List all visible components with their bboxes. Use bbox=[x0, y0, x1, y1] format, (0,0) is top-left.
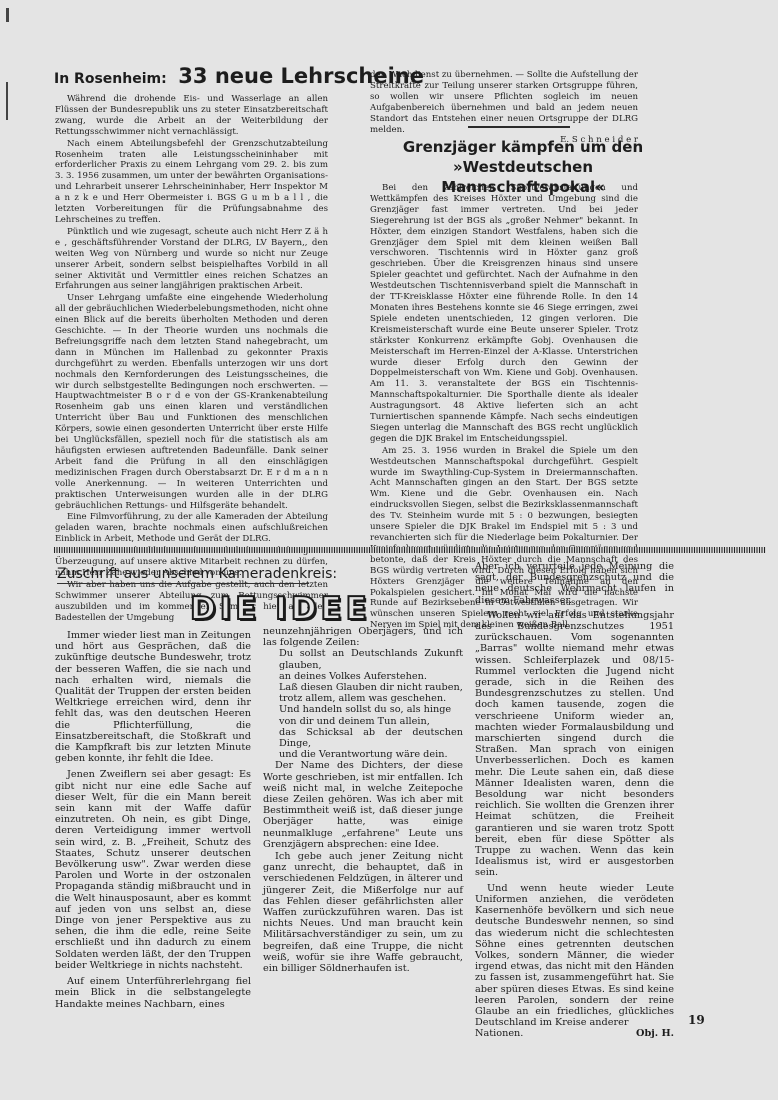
paragraph-end: Nationen. bbox=[475, 1028, 523, 1039]
paragraph: Pünktlich und wie zugesagt, scheute auch… bbox=[55, 227, 328, 292]
author-signature: Obj. H. bbox=[636, 1028, 674, 1039]
paragraph: Wollen wir auf das Entstehungsjahr des B… bbox=[475, 610, 674, 879]
headline-line: Grenzjäger kämpfen um den bbox=[392, 137, 654, 157]
article-idee-headline: DIE IDEE bbox=[190, 591, 371, 627]
poem-line: das Schicksal ab der deutschen Dinge, bbox=[279, 727, 463, 749]
poem-line: Du sollst an Deutschlands Zukunft glaube… bbox=[279, 648, 463, 670]
section-divider bbox=[54, 547, 766, 553]
page-number: 19 bbox=[688, 1013, 705, 1027]
divider-rule bbox=[468, 126, 570, 128]
poem-line: an deines Volkes Auferstehen. bbox=[279, 671, 463, 682]
paragraph: neunzehnjährigen Oberjägers, und ich las… bbox=[263, 626, 463, 648]
scan-edge-mark bbox=[6, 82, 8, 120]
poem-line: und die Verantwortung wäre dein. bbox=[279, 749, 463, 760]
scan-edge-mark bbox=[6, 8, 9, 22]
poem-line: Laß diesen Glauben dir nicht rauben, bbox=[279, 682, 463, 693]
headline-prefix: In Rosenheim: bbox=[54, 71, 167, 87]
newspaper-page: In Rosenheim: 33 neue Lehrscheine Währen… bbox=[0, 0, 778, 1100]
kicker-underline bbox=[57, 583, 309, 584]
paragraph: Eine Filmvorführung, zu der alle Kamerad… bbox=[55, 512, 328, 545]
paragraph: Unser Lehrgang umfaßte eine eingehende W… bbox=[55, 293, 328, 511]
kicker-heading: Zuschrift aus unserem Kameradenkreis: bbox=[57, 566, 337, 582]
paragraph: Jenen Zweiflern sei aber gesagt: Es gibt… bbox=[55, 769, 251, 971]
paragraph: Bei den zahlreichen Sportveranstaltungen… bbox=[370, 183, 638, 445]
poem: Du sollst an Deutschlands Zukunft glaube… bbox=[279, 648, 463, 760]
paragraph: Aber ich verurteile jede Meinung die sag… bbox=[475, 561, 674, 606]
article-idee-column-1: Immer wieder liest man in Zeitungen und … bbox=[55, 630, 251, 1010]
article-idee-column-3: Aber ich verurteile jede Meinung die sag… bbox=[475, 561, 674, 1040]
paragraph: Immer wieder liest man in Zeitungen und … bbox=[55, 630, 251, 764]
paragraph: Ich gebe auch jener Zeitung nicht ganz u… bbox=[263, 851, 463, 974]
article-rosenheim-body: Während die drohende Eis- und Wasserlage… bbox=[55, 94, 328, 624]
paragraph: Der Name des Dichters, der diese Worte g… bbox=[263, 760, 463, 850]
article-rosenheim-continuation: den Wachdienst zu übernehmen. — Sollte d… bbox=[370, 70, 638, 146]
paragraph: Und wenn heute wieder Leute Uniformen an… bbox=[475, 883, 674, 1029]
article-idee-column-2: neunzehnjährigen Oberjägers, und ich las… bbox=[263, 626, 463, 974]
poem-line: von dir und deinem Tun allein, bbox=[279, 716, 463, 727]
paragraph: Während die drohende Eis- und Wasserlage… bbox=[55, 94, 328, 138]
paragraph: Auf einem Unterführerlehrgang fiel mein … bbox=[55, 976, 251, 1010]
article-rosenheim-headline: In Rosenheim: 33 neue Lehrscheine bbox=[54, 64, 424, 88]
poem-line: trotz allem, allem was geschehen. bbox=[279, 693, 463, 704]
paragraph: Nach einem Abteilungsbefehl der Grenzsch… bbox=[55, 139, 328, 226]
poem-line: Und handeln sollst du so, als hinge bbox=[279, 704, 463, 715]
